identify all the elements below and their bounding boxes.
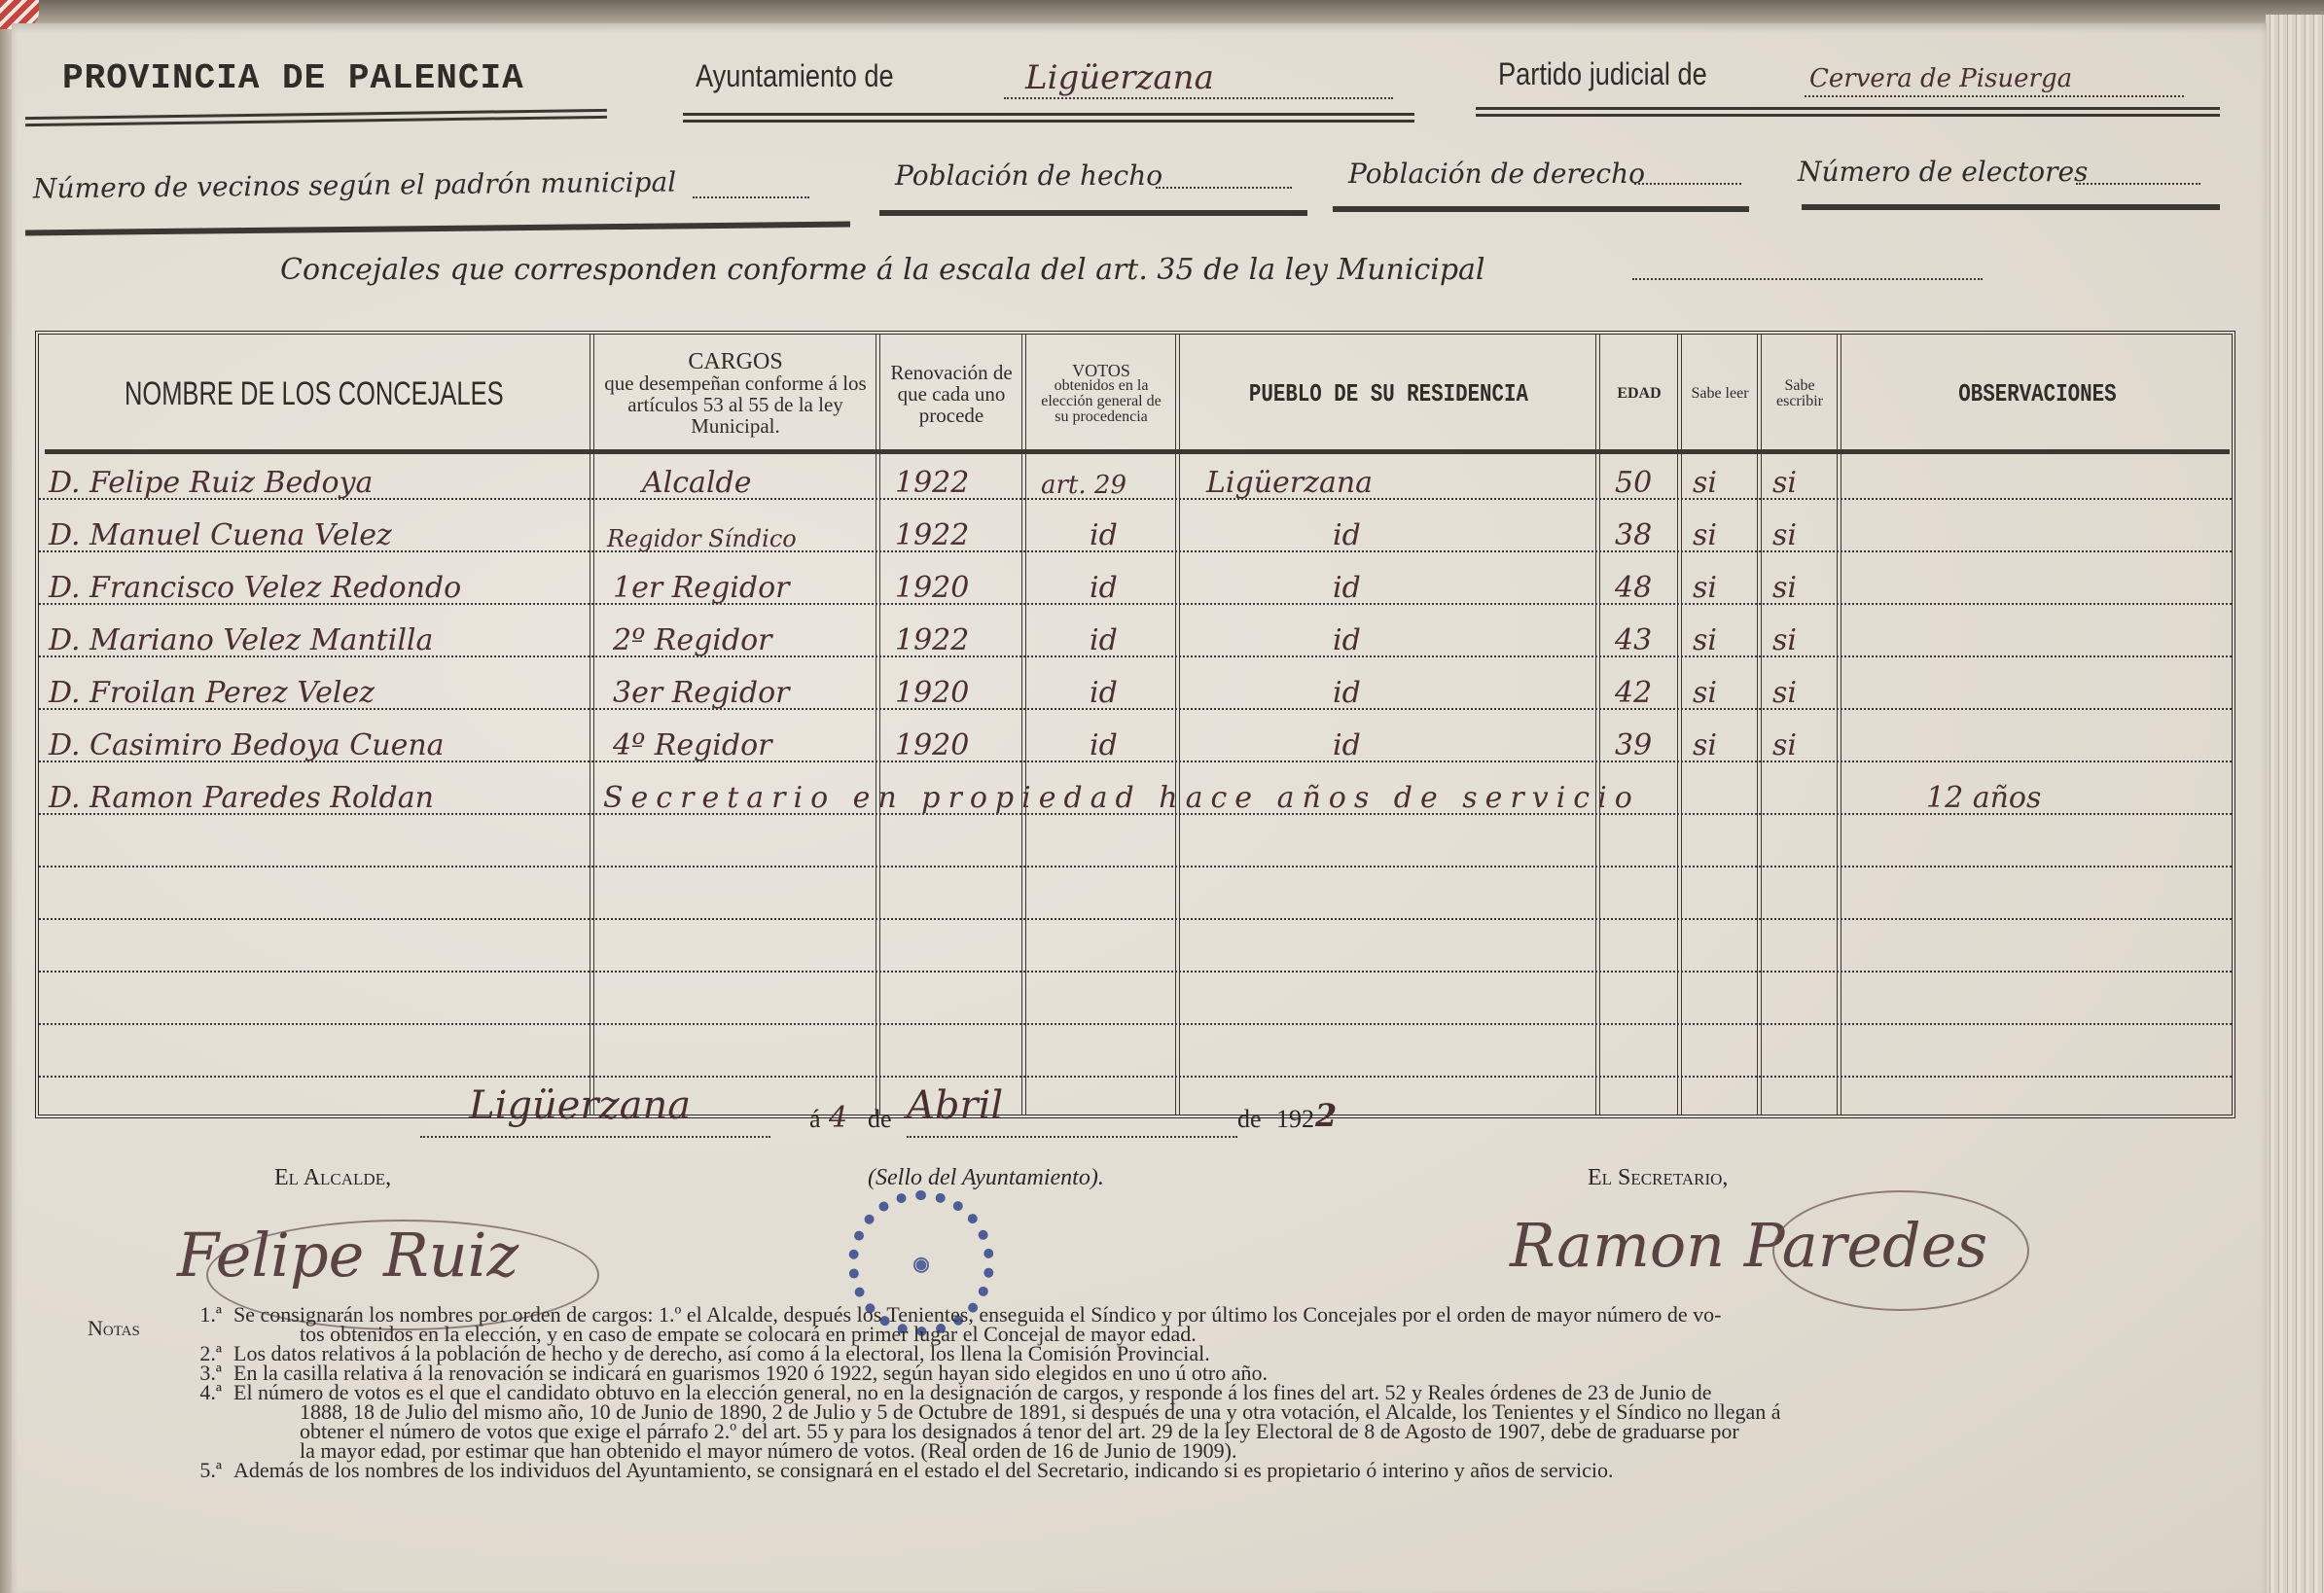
secretary-observaciones[interactable]: 12 años (1926, 772, 2041, 815)
header-votos-title: VOTOS (1072, 363, 1130, 378)
row-5-nombre[interactable]: D. Casimiro Bedoya Cuena (49, 720, 445, 762)
header-leer-text: Sabe leer (1691, 386, 1749, 402)
row-5-votos[interactable]: id (1090, 720, 1118, 762)
row-0-renovacion[interactable]: 1922 (895, 457, 969, 500)
partido-rule (1476, 107, 2220, 117)
header-renovacion-text: Renovación de que cada uno procede (888, 362, 1015, 426)
row-4-nombre[interactable]: D. Froilan Perez Velez (49, 667, 375, 710)
header-cargos-title: CARGOS (688, 351, 782, 372)
row-1-cargo[interactable]: Regidor Síndico (607, 510, 797, 552)
document-page: PROVINCIA DE PALENCIA Ayuntamiento de Li… (12, 23, 2267, 1593)
row-rule (39, 1023, 2232, 1025)
row-2-edad[interactable]: 48 (1615, 562, 1652, 605)
secretario-signature-flourish (1772, 1190, 2029, 1311)
concejales-field[interactable] (1632, 274, 1983, 280)
header-edad: EDAD (1601, 335, 1677, 453)
header-pueblo: PUEBLO DE SU RESIDENCIA (1181, 335, 1595, 453)
header-nombre: NOMBRE DE LOS CONCEJALES (39, 335, 590, 453)
ayuntamiento-value[interactable]: Ligüerzana (1025, 58, 1214, 97)
partido-label: Partido judicial de (1498, 56, 1707, 92)
hecho-rule (879, 210, 1307, 216)
header-cargos-sub: que desempeñan conforme á los artículos … (604, 372, 867, 437)
row-5-escribir[interactable]: si (1772, 720, 1797, 762)
row-1-escribir[interactable]: si (1772, 510, 1797, 552)
province-title: PROVINCIA DE PALENCIA (62, 58, 524, 98)
row-rule (39, 866, 2232, 867)
row-3-cargo[interactable]: 2º Regidor (613, 615, 771, 657)
header-pueblo-text: PUEBLO DE SU RESIDENCIA (1248, 379, 1527, 408)
row-4-escribir[interactable]: si (1772, 667, 1797, 710)
row-0-pueblo[interactable]: Ligüerzana (1206, 457, 1373, 500)
footer-de-label2: de (1237, 1105, 1262, 1134)
electores-label: Número de electores (1798, 156, 2088, 188)
row-0-edad[interactable]: 50 (1615, 457, 1652, 500)
row-3-edad[interactable]: 43 (1615, 615, 1652, 657)
row-5-renovacion[interactable]: 1920 (895, 720, 969, 762)
footer-day[interactable]: 4 (829, 1101, 847, 1135)
derecho-label: Población de derecho (1348, 158, 1645, 190)
hecho-field[interactable] (1156, 183, 1292, 189)
row-0-escribir[interactable]: si (1772, 457, 1797, 500)
derecho-field[interactable] (1634, 179, 1741, 185)
ayuntamiento-label: Ayuntamiento de (696, 58, 894, 94)
vecinos-label: Número de vecinos según el padrón munici… (33, 166, 676, 205)
alcalde-label: El Alcalde, (274, 1165, 391, 1191)
notes-section: Notas 1.ª Se consignarán los nombres por… (89, 1305, 2269, 1480)
vecinos-field[interactable] (693, 193, 809, 198)
row-2-escribir[interactable]: si (1772, 562, 1797, 605)
hecho-label: Población de hecho (895, 159, 1162, 192)
header-observaciones: OBSERVACIONES (1842, 335, 2232, 453)
footer-year-hand[interactable]: 2 (1315, 1097, 1337, 1134)
row-1-renovacion[interactable]: 1922 (895, 510, 969, 552)
header-escribir: Sabe escribir (1763, 335, 1837, 453)
row-5-edad[interactable]: 39 (1615, 720, 1652, 762)
row-1-pueblo[interactable]: id (1333, 510, 1361, 552)
row-4-edad[interactable]: 42 (1615, 667, 1652, 710)
row-3-leer[interactable]: si (1693, 615, 1717, 657)
row-1-nombre[interactable]: D. Manuel Cuena Velez (49, 510, 392, 552)
notes-label: Notas (88, 1319, 140, 1338)
row-3-pueblo[interactable]: id (1333, 615, 1361, 657)
row-3-renovacion[interactable]: 1922 (895, 615, 969, 657)
row-rule (39, 1076, 2232, 1078)
row-0-votos[interactable]: art. 29 (1041, 457, 1126, 500)
header-observaciones-text: OBSERVACIONES (1958, 379, 2116, 408)
footer-de-label: de (868, 1105, 892, 1134)
row-4-votos[interactable]: id (1090, 667, 1118, 710)
header-votos-sub: obtenidos en la elección general de su p… (1033, 378, 1169, 425)
header-nombre-text: NOMBRE DE LOS CONCEJALES (125, 375, 504, 413)
note-5: 5.ª Además de los nombres de los individ… (167, 1461, 2269, 1480)
row-4-pueblo[interactable]: id (1333, 667, 1361, 710)
concejales-table: NOMBRE DE LOS CONCEJALES CARGOS que dese… (35, 331, 2235, 1118)
concejales-label: Concejales que corresponden conforme á l… (280, 253, 1485, 287)
row-2-leer[interactable]: si (1693, 562, 1717, 605)
row-0-cargo[interactable]: Alcalde (642, 457, 752, 500)
row-rule (39, 971, 2232, 973)
header-rule (45, 449, 2230, 454)
secretary-text[interactable]: Secretario en propiedad hace años de ser… (603, 772, 1640, 815)
footer-place[interactable]: Ligüerzana (469, 1083, 691, 1128)
secretary-nombre[interactable]: D. Ramon Paredes Roldan (49, 772, 434, 815)
ayuntamiento-rule (683, 113, 1414, 123)
row-3-nombre[interactable]: D. Mariano Velez Mantilla (49, 615, 433, 657)
row-0-leer[interactable]: si (1693, 457, 1717, 500)
header-escribir-text: Sabe escribir (1768, 378, 1832, 409)
row-2-renovacion[interactable]: 1920 (895, 562, 969, 605)
row-5-cargo[interactable]: 4º Regidor (613, 720, 771, 762)
note-4-num: 4.ª (167, 1383, 233, 1461)
partido-value[interactable]: Cervera de Pisuerga (1809, 64, 2072, 93)
row-5-pueblo[interactable]: id (1333, 720, 1361, 762)
row-2-votos[interactable]: id (1090, 562, 1118, 605)
row-4-leer[interactable]: si (1693, 667, 1717, 710)
footer-year-printed: 192 (1276, 1105, 1314, 1134)
header-cargos: CARGOS que desempeñan conforme á los art… (595, 335, 876, 453)
footer-month-dots (907, 1132, 1237, 1138)
header-renovacion: Renovación de que cada uno procede (881, 335, 1021, 453)
header-votos: VOTOS obtenidos en la elección general d… (1027, 335, 1175, 453)
row-2-nombre[interactable]: D. Francisco Velez Redondo (49, 562, 461, 605)
header-edad-text: EDAD (1617, 386, 1661, 402)
secretario-label: El Secretario, (1588, 1165, 1728, 1191)
page-stack-edge (2266, 15, 2324, 1593)
footer-a-label: á (809, 1105, 821, 1134)
note-5-line: Además de los nombres de los individuos … (233, 1461, 2269, 1480)
note-4: 4.ª El número de votos es el que el cand… (167, 1383, 2269, 1461)
row-3-votos[interactable]: id (1090, 615, 1118, 657)
note-1: 1.ª Se consignarán los nombres por orden… (167, 1305, 2269, 1344)
row-1-edad[interactable]: 38 (1615, 510, 1652, 552)
row-4-cargo[interactable]: 3er Regidor (613, 667, 789, 710)
row-2-pueblo[interactable]: id (1333, 562, 1361, 605)
row-3-escribir[interactable]: si (1772, 615, 1797, 657)
row-1-votos[interactable]: id (1090, 510, 1118, 552)
province-rule (25, 109, 607, 126)
sello-label: (Sello del Ayuntamiento). (868, 1165, 1104, 1191)
row-rule (39, 918, 2232, 920)
row-5-leer[interactable]: si (1693, 720, 1717, 762)
electores-rule (1802, 204, 2220, 210)
row-0-nombre[interactable]: D. Felipe Ruiz Bedoya (49, 457, 373, 500)
row-2-cargo[interactable]: 1er Regidor (613, 562, 789, 605)
row-1-leer[interactable]: si (1693, 510, 1717, 552)
row-4-renovacion[interactable]: 1920 (895, 667, 969, 710)
note-5-num: 5.ª (167, 1461, 233, 1480)
vecinos-rule (25, 222, 850, 236)
header-leer: Sabe leer (1683, 335, 1757, 453)
derecho-rule (1333, 206, 1749, 212)
electores-field[interactable] (2076, 179, 2200, 185)
footer-month[interactable]: Abril (907, 1083, 1003, 1128)
note-1-num: 1.ª (167, 1305, 233, 1344)
footer-place-dots (420, 1132, 770, 1138)
